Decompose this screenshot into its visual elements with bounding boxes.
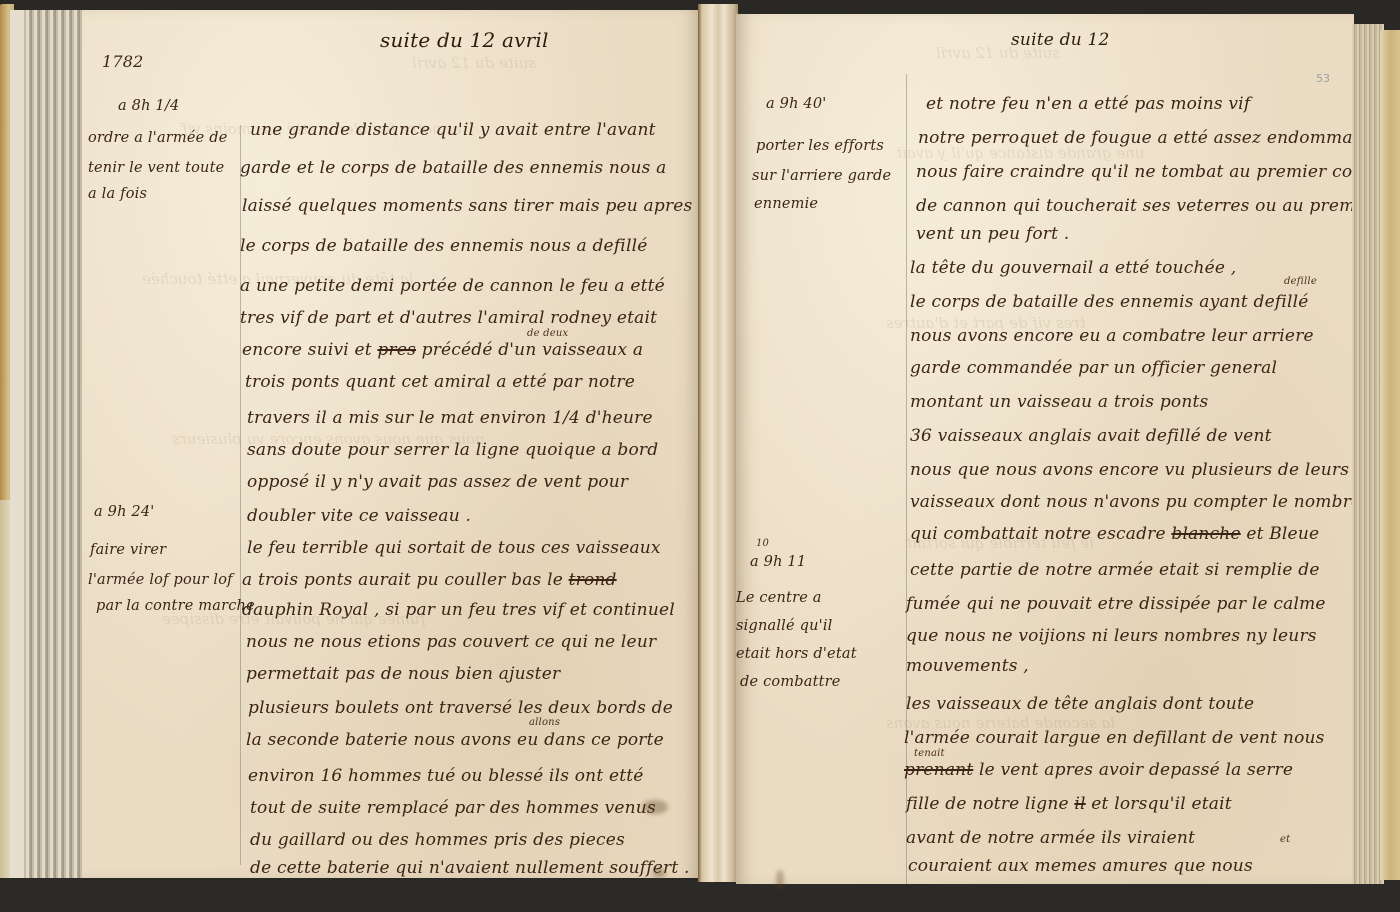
ink-stain (776, 870, 784, 890)
left-page: suite du 12 avril et notre feu n'en a et… (82, 10, 700, 878)
text-line: avant de notre armée ils viraient (906, 828, 1195, 848)
struck-word: trond (569, 570, 617, 590)
time-correction: 10 (756, 538, 769, 549)
text-line: vent un peu fort . (916, 224, 1069, 244)
margin-note-time: a 8h 1/4 (118, 98, 179, 114)
margin-note-line: l'armée lof pour lof (88, 572, 233, 588)
text-segment: a trois ponts aurait pu couller bas le (242, 570, 563, 590)
text-line: une grande distance qu'il y avait entre … (250, 120, 656, 140)
text-line: prenant le vent apres avoir depassé la s… (904, 760, 1293, 780)
interlinear-insertion: et (1280, 834, 1290, 845)
left-page-edges (10, 10, 82, 878)
text-line: tout de suite remplacé par des hommes ve… (250, 798, 656, 818)
year-label: 1782 (102, 52, 144, 71)
margin-note-line: porter les efforts (756, 138, 884, 154)
text-line: nous avons encore eu a combatre leur arr… (910, 326, 1314, 346)
text-line: le corps de bataille des ennemis nous a … (240, 236, 647, 256)
text-segment: et lorsqu'il etait (1091, 794, 1232, 814)
page-heading: suite du 12 (1011, 30, 1109, 50)
text-segment: encore suivi et (242, 340, 372, 360)
text-line: plusieurs boulets ont traversé les deux … (248, 698, 673, 718)
open-manuscript-book: suite du 12 avril et notre feu n'en a et… (0, 0, 1400, 912)
text-line: que nous ne voijions ni leurs nombres ny… (906, 626, 1317, 646)
text-line: fille de notre ligne il et lorsqu'il eta… (906, 794, 1232, 814)
struck-word: pres (377, 340, 416, 360)
text-line: garde commandée par un officier general (910, 358, 1277, 378)
margin-note-line: a la fois (88, 186, 147, 202)
ink-stain (652, 868, 666, 878)
interlinear-insertion: allons (529, 717, 560, 728)
page-heading: suite du 12 avril (380, 28, 549, 52)
text-line: les vaisseaux de tête anglais dont toute (906, 694, 1254, 714)
text-line: de cette baterie qui n'avaient nullement… (250, 858, 690, 878)
text-line: notre perroquet de fougue a etté assez e… (918, 128, 1400, 148)
text-segment: fille de notre ligne (906, 794, 1069, 814)
text-line: 36 vaisseaux anglais avait defillé de ve… (910, 426, 1272, 446)
margin-note-line: de combattre (740, 674, 841, 690)
margin-note-line: par la contre marche (96, 598, 255, 614)
text-line: montant un vaisseau a trois ponts (910, 392, 1208, 412)
margin-note-time: a 9h 11 (750, 554, 806, 570)
text-line: permettait pas de nous bien ajuster (246, 664, 560, 684)
text-line: de cannon qui toucherait ses veterres ou… (916, 196, 1380, 216)
text-line: environ 16 hommes tué ou blessé ils ont … (248, 766, 644, 786)
struck-word: prenant (904, 760, 973, 780)
text-line: a une petite demi portée de cannon le fe… (240, 276, 665, 296)
text-segment: précédé d'un vaisseaux a (422, 340, 644, 360)
text-segment: le vent apres avoir depassé la serre (979, 760, 1293, 780)
table-backdrop (0, 880, 1400, 912)
margin-note-line: signallé qu'il (736, 618, 833, 634)
struck-word: il (1074, 794, 1085, 814)
text-line: opposé il y n'y avait pas assez de vent … (247, 472, 628, 492)
margin-note-time: a 9h 40' (766, 96, 826, 112)
text-line: nous faire craindre qu'il ne tombat au p… (916, 162, 1374, 182)
margin-note-line: ennemie (754, 196, 818, 212)
text-line: la tête du gouvernail a etté touchée , (910, 258, 1236, 278)
margin-note-line: etait hors d'etat (736, 646, 857, 662)
text-line: garde et le corps de bataille des ennemi… (240, 158, 666, 178)
text-line: la seconde baterie nous avons eu dans ce… (246, 730, 664, 750)
interlinear-insertion: de deux (527, 328, 568, 339)
text-line: tres vif de part et d'autres l'amiral ro… (240, 308, 657, 328)
right-page: suite du 12 avril une grande distance qu… (736, 14, 1354, 884)
text-segment: et Bleue (1246, 524, 1319, 544)
text-line: l'armée courait largue en defillant de v… (904, 728, 1325, 748)
text-line: et notre feu n'en a etté pas moins vif (926, 94, 1250, 114)
text-line: cette partie de notre armée etait si rem… (910, 560, 1320, 580)
text-segment: qui combattait notre escadre (910, 524, 1166, 544)
interlinear-insertion: defille (1284, 276, 1317, 287)
margin-note-line: sur l'arriere garde (752, 168, 891, 184)
text-line: qui combattait notre escadre blanche et … (910, 524, 1319, 544)
text-line: du gaillard ou des hommes pris des piece… (250, 830, 625, 850)
right-leather-cover (1380, 30, 1400, 880)
text-line: encore suivi et pres précédé d'un vaisse… (242, 340, 643, 360)
text-line: sans doute pour serrer la ligne quoique … (247, 440, 658, 460)
interlinear-insertion: tenait (914, 748, 945, 759)
margin-note-line: ordre a l'armée de (88, 130, 228, 146)
text-line: mouvements , (906, 656, 1029, 676)
text-line: laissé quelques moments sans tirer mais … (242, 196, 692, 216)
struck-word: blanche (1171, 524, 1240, 544)
text-line: doubler vite ce vaisseau . (247, 506, 471, 526)
margin-note-line: Le centre a (736, 590, 822, 606)
text-line: trois ponts quant cet amiral a etté par … (245, 372, 635, 392)
margin-note-time: a 9h 24' (94, 504, 154, 520)
text-line: nous que nous avons encore vu plusieurs … (910, 460, 1349, 480)
text-line: le corps de bataille des ennemis ayant d… (910, 292, 1309, 312)
book-gutter (698, 4, 738, 882)
text-line: dauphin Royal , si par un feu tres vif e… (242, 600, 675, 620)
folio-number: 53 (1316, 72, 1330, 85)
text-line: vaisseaux dont nous n'avons pu compter l… (910, 492, 1361, 512)
text-line: a trois ponts aurait pu couller bas le t… (242, 570, 617, 590)
ink-stain (642, 800, 668, 814)
text-line: nous ne nous etions pas couvert ce qui n… (246, 632, 656, 652)
margin-note-line: tenir le vent toute (88, 160, 224, 176)
margin-note-line: faire virer (90, 542, 166, 558)
text-line: travers il a mis sur le mat environ 1/4 … (247, 408, 653, 428)
text-line: couraient aux memes amures que nous (908, 856, 1253, 876)
text-line: fumée qui ne pouvait etre dissipée par l… (906, 594, 1326, 614)
text-line: le feu terrible qui sortait de tous ces … (247, 538, 661, 558)
